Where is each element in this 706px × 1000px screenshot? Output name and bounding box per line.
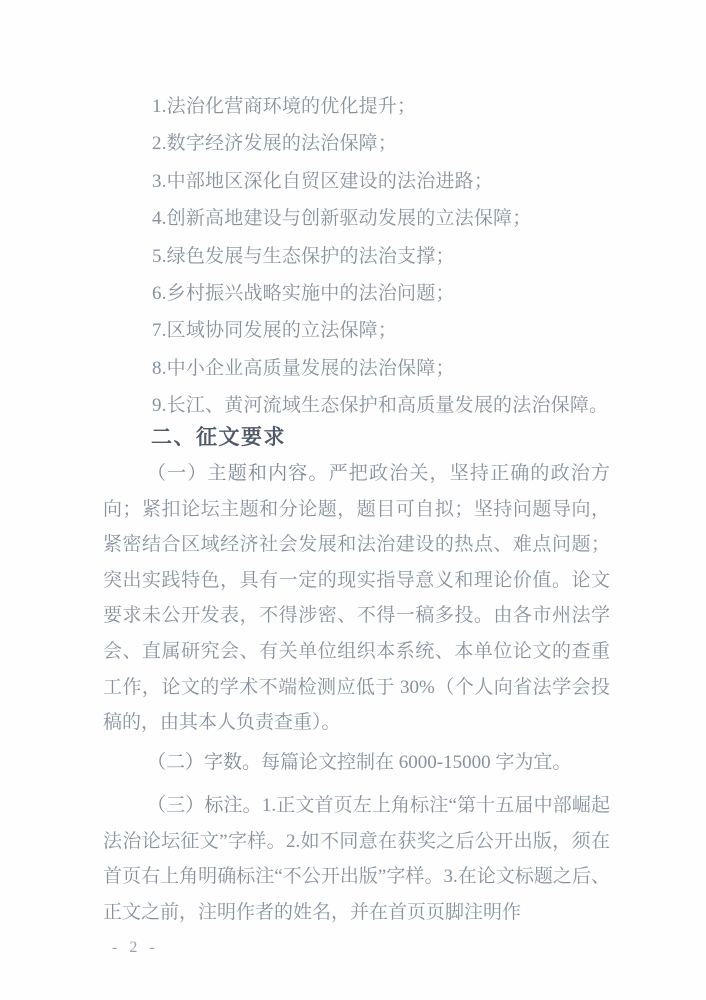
page-number: - 2 - bbox=[112, 938, 159, 958]
paragraph-lead: （一）主题和内容。 bbox=[147, 463, 329, 484]
section-heading: 二、征文要求 bbox=[151, 419, 286, 456]
paragraph-word-count: （二）字数。每篇论文控制在 6000-15000 字为宜。 bbox=[103, 745, 610, 781]
topic-item-8: 8.中小企业高质量发展的法治保障； bbox=[103, 350, 611, 387]
topic-item-3: 3.中部地区深化自贸区建设的法治进路； bbox=[103, 163, 611, 200]
topic-item-7: 7.区域协同发展的立法保障； bbox=[103, 312, 611, 349]
topic-item-5: 5.绿色发展与生态保护的法治支撑； bbox=[103, 238, 611, 275]
topic-item-1: 1.法治化营商环境的优化提升； bbox=[103, 88, 611, 125]
paragraph-body: 严把政治关，坚持正确的政治方向；紧扣论坛主题和分论题，题目可自拟；坚持问题导向，… bbox=[103, 463, 610, 733]
paragraph-annotation: （三）标注。1.正文首页左上角标注“第十五届中部崛起法治论坛征文”字样。2.如不… bbox=[103, 788, 610, 930]
document-page: 1.法治化营商环境的优化提升； 2.数字经济发展的法治保障； 3.中部地区深化自… bbox=[0, 0, 706, 1000]
paragraph-lead: （二）字数。 bbox=[147, 752, 261, 773]
topic-list: 1.法治化营商环境的优化提升； 2.数字经济发展的法治保障； 3.中部地区深化自… bbox=[103, 88, 611, 425]
topic-item-6: 6.乡村振兴战略实施中的法治问题； bbox=[103, 275, 611, 312]
topic-item-2: 2.数字经济发展的法治保障； bbox=[103, 125, 611, 162]
paragraph-theme-and-content: （一）主题和内容。严把政治关，坚持正确的政治方向；紧扣论坛主题和分论题，题目可自… bbox=[103, 456, 610, 741]
paragraph-body: 每篇论文控制在 6000-15000 字为宜。 bbox=[261, 752, 571, 773]
paragraph-lead: （三）标注。 bbox=[147, 795, 262, 816]
topic-item-4: 4.创新高地建设与创新驱动发展的立法保障； bbox=[103, 200, 611, 237]
